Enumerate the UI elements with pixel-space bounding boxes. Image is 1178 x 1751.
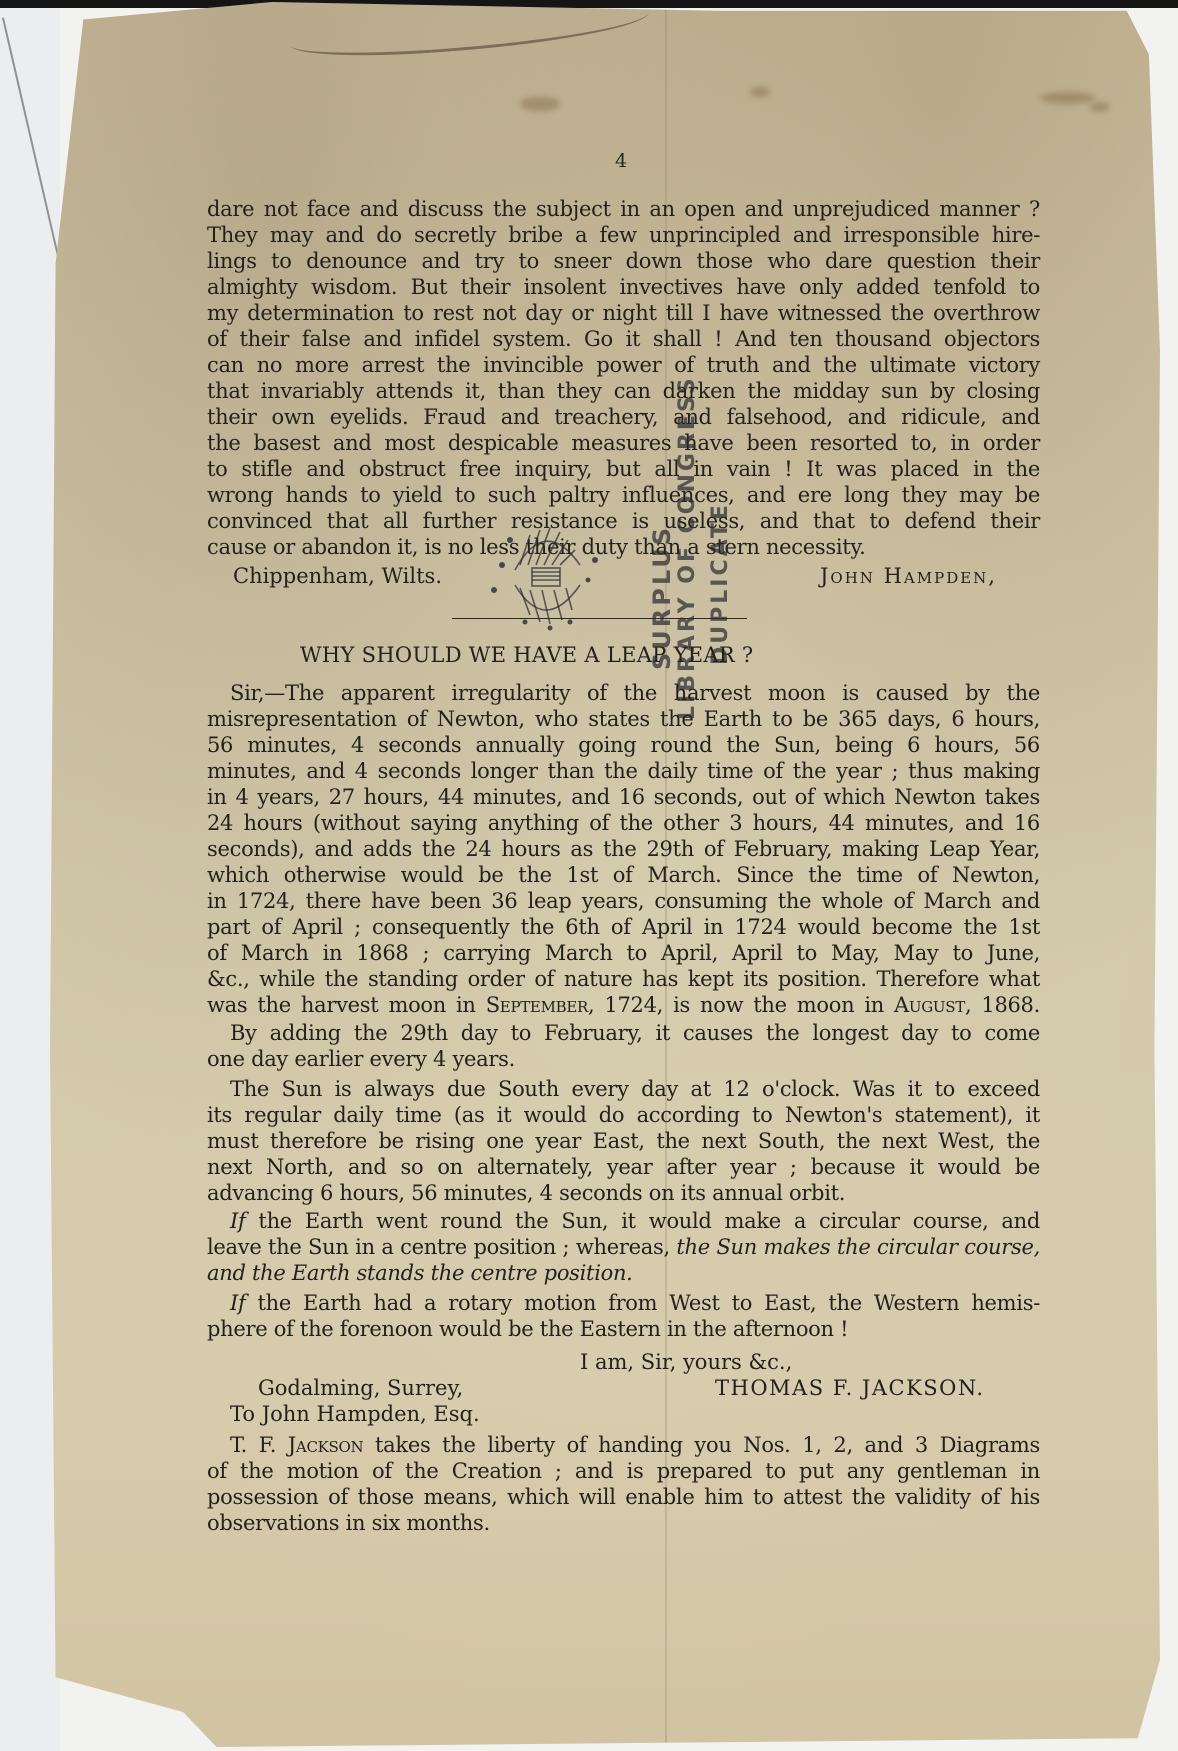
text-line: 56 minutes, 4 seconds annually going rou… [207, 732, 1040, 758]
page-number: 4 [615, 150, 627, 172]
text-line: phere of the forenoon would be the Easte… [207, 1316, 1040, 1342]
text-line: their own eyelids. Fraud and treachery, … [207, 404, 1040, 430]
text-line: 24 hours (without saying anything of the… [207, 810, 1040, 836]
text-line: leave the Sun in a centre position ; whe… [207, 1234, 1040, 1260]
article-place: Godalming, Surrey, [258, 1376, 463, 1400]
paper-tear [289, 0, 651, 63]
text-line: dare not face and discuss the subject in… [207, 196, 1040, 222]
stain [1040, 92, 1095, 104]
text-line: minutes, and 4 seconds longer than the d… [207, 758, 1040, 784]
text-line: one day earlier every 4 years. [207, 1046, 1040, 1072]
text-line: its regular daily time (as it would do a… [207, 1102, 1040, 1128]
letter-place: Chippenham, Wilts. [233, 564, 442, 588]
text-line: Sir,—The apparent irregularity of the ha… [230, 680, 1040, 706]
library-seal-stamp-icon [470, 510, 620, 635]
text-line: of their false and infidel system. Go it… [207, 326, 1040, 352]
text-line: can no more arrest the invincible power … [207, 352, 1040, 378]
text-line: was the harvest moon in September, 1724,… [207, 992, 1040, 1018]
text-line: of March in 1868 ; carrying March to Apr… [207, 940, 1040, 966]
text-line: observations in six months. [207, 1510, 1040, 1536]
text-line: which otherwise would be the 1st of Marc… [207, 862, 1040, 888]
article-signature: THOMAS F. JACKSON. [715, 1376, 985, 1400]
scan-background [0, 8, 60, 1751]
text-line: &c., while the standing order of nature … [207, 966, 1040, 992]
text-line: If the Earth had a rotary motion from We… [230, 1290, 1040, 1316]
stain [750, 87, 770, 97]
text-line: seconds), and adds the 24 hours as the 2… [207, 836, 1040, 862]
text-line: misrepresentation of Newton, who states … [207, 706, 1040, 732]
text-line: and the Earth stands the centre position… [207, 1260, 1040, 1286]
stain [520, 97, 560, 111]
text-line: lings to denounce and try to sneer down … [207, 248, 1040, 274]
text-line: They may and do secretly bribe a few unp… [207, 222, 1040, 248]
closing-salutation: I am, Sir, yours &c., [580, 1350, 792, 1374]
text-line: cause or abandon it, is no less their du… [207, 534, 1040, 560]
text-line: to stifle and obstruct free inquiry, but… [207, 456, 1040, 482]
text-line: the basest and most despicable measures … [207, 430, 1040, 456]
article-heading: WHY SHOULD WE HAVE A LEAP YEAR ? [300, 643, 754, 667]
text-line: possession of those means, which will en… [207, 1484, 1040, 1510]
text-line: By adding the 29th day to February, it c… [230, 1020, 1040, 1046]
text-line: If the Earth went round the Sun, it woul… [230, 1208, 1040, 1234]
text-line: that invariably attends it, than they ca… [207, 378, 1040, 404]
text-line: almighty wisdom. But their insolent inve… [207, 274, 1040, 300]
text-line: The Sun is always due South every day at… [230, 1076, 1040, 1102]
text-line: advancing 6 hours, 56 minutes, 4 seconds… [207, 1180, 1040, 1206]
addressee: To John Hampden, Esq. [230, 1402, 480, 1426]
text-line: wrong hands to yield to such paltry infl… [207, 482, 1040, 508]
text-line: must therefore be rising one year East, … [207, 1128, 1040, 1154]
text-line: in 1724, there have been 36 leap years, … [207, 888, 1040, 914]
letter-signature: John Hampden, [820, 564, 997, 588]
stain [1090, 102, 1110, 112]
text-line: part of April ; consequently the 6th of … [207, 914, 1040, 940]
text-line: in 4 years, 27 hours, 44 minutes, and 16… [207, 784, 1040, 810]
text-line: next North, and so on alternately, year … [207, 1154, 1040, 1180]
text-line: T. F. Jackson takes the liberty of handi… [230, 1432, 1040, 1458]
text-line: of the motion of the Creation ; and is p… [207, 1458, 1040, 1484]
scan-top-border [0, 0, 1178, 8]
text-line: convinced that all further resistance is… [207, 508, 1040, 534]
stamp-duplicate: DUPLICATE [708, 502, 733, 665]
text-line: my determination to rest not day or nigh… [207, 300, 1040, 326]
stamp-library-of-congress: LIBRARY OF CONGRESS [675, 375, 700, 720]
